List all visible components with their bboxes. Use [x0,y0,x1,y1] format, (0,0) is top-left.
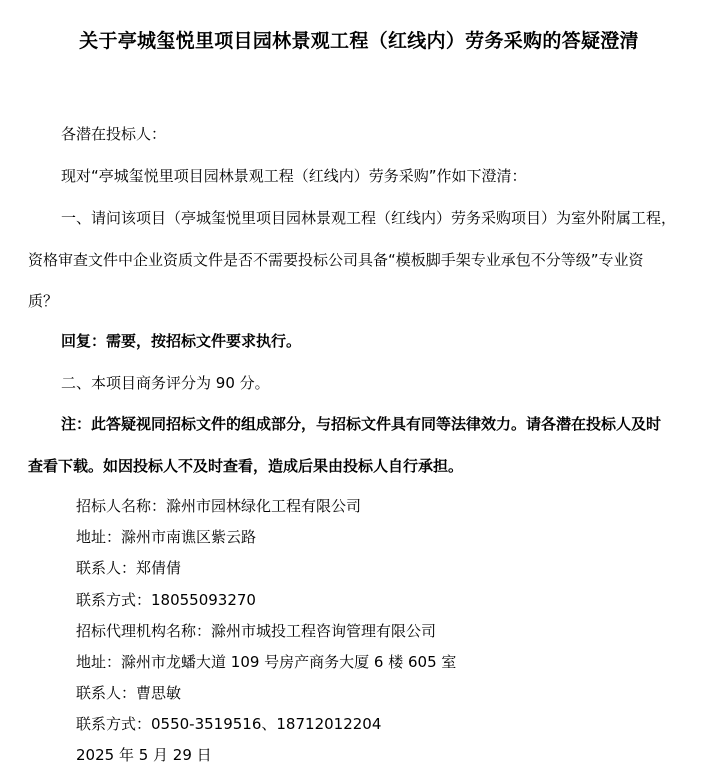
salutation: 各潜在投标人： [61,124,166,144]
agency-name: 招标代理机构名称：滁州市城投工程咨询管理有限公司 [76,621,436,641]
question-1-line-1: 一、请问该项目（亭城玺悦里项目园林景观工程（红线内）劳务采购项目）为室外附属工程… [61,208,676,228]
intro-paragraph: 现对“亭城玺悦里项目园林景观工程（红线内）劳务采购”作如下澄清： [61,166,527,186]
document-date: 2025 年 5 月 29 日 [76,745,212,765]
agency-address: 地址：滁州市龙蟠大道 109 号房产商务大厦 6 楼 605 室 [76,652,456,672]
tenderer-name: 招标人名称：滁州市园林绿化工程有限公司 [76,496,361,516]
agency-contact: 联系人：曹思敏 [76,683,181,703]
note-line-2: 查看下载。如因投标人不及时查看，造成后果由投标人自行承担。 [28,456,463,476]
agency-phone: 联系方式：0550-3519516、18712012204 [76,714,381,734]
document-title: 关于亭城玺悦里项目园林景观工程（红线内）劳务采购的答疑澄清 [0,26,718,53]
item-2: 二、本项目商务评分为 90 分。 [61,373,270,393]
tenderer-address: 地址：滁州市南谯区紫云路 [76,527,256,547]
question-1-line-3: 质？ [28,291,58,311]
tenderer-phone: 联系方式：18055093270 [76,590,256,610]
question-1-line-2: 资格审查文件中企业资质文件是否不需要投标公司具备“模板脚手架专业承包不分等级”专… [28,250,644,270]
note-line-1: 注：此答疑视同招标文件的组成部分，与招标文件具有同等法律效力。请各潜在投标人及时 [61,414,661,434]
answer-1: 回复：需要，按招标文件要求执行。 [61,331,301,351]
tenderer-contact: 联系人：郑倩倩 [76,558,181,578]
